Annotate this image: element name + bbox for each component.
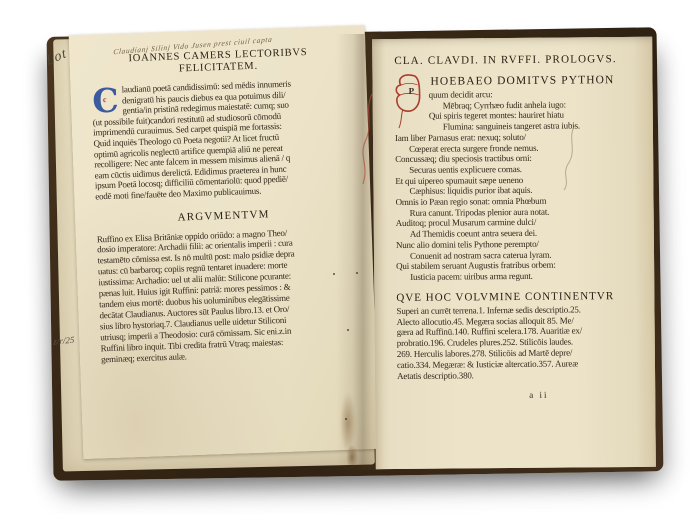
worm-hole-dot — [356, 272, 358, 274]
verse-line: Iusticia pacem: uiribus arma regunt. — [396, 270, 640, 283]
opening-paragraph: C c laudianū poetā candidissimū: sed mēd… — [91, 77, 350, 202]
penwork-initial: P — [392, 72, 427, 132]
guide-letter: c — [103, 95, 107, 104]
verse-block: P quum decidit arcu: Mēbraq; Cyrrhæo fud… — [395, 88, 641, 283]
poem-title: HOEBAEO DOMITVS PYTHON — [430, 74, 638, 88]
right-page-heading: CLA. CLAVDI. IN RVFFI. PROLOGVS. — [394, 53, 638, 67]
contents-block: Superi an currēt terrena.1. Infernæ sedi… — [396, 304, 641, 382]
left-page: Claudianj Silinj Vido Jusen prest ciuil … — [69, 25, 380, 459]
initial-guide-letter: P — [409, 86, 415, 96]
drop-cap: C c — [91, 86, 119, 119]
penwork-initial-icon — [392, 72, 427, 132]
worm-hole-dot — [345, 418, 347, 420]
contents-heading: QVE HOC VOLVMINE CONTINENTVR — [396, 290, 640, 304]
argument-heading: ARGVMENTVM — [96, 205, 351, 226]
contents-line: Aetatis descriptio.380. — [397, 369, 641, 382]
signature-mark: a ii — [529, 389, 641, 400]
photo-of-open-book: Lot Claudianj Silinj Vido Jusen prest ci… — [0, 0, 700, 514]
worm-hole-dot — [347, 329, 349, 331]
worm-hole-dot — [333, 273, 335, 275]
argument-paragraph: Ruffino ex Elisa Britāniæ oppido oriūdo:… — [97, 225, 356, 365]
right-page: CLA. CLAVDI. IN RVFFI. PROLOGVS. HOEBAEO… — [372, 37, 656, 469]
